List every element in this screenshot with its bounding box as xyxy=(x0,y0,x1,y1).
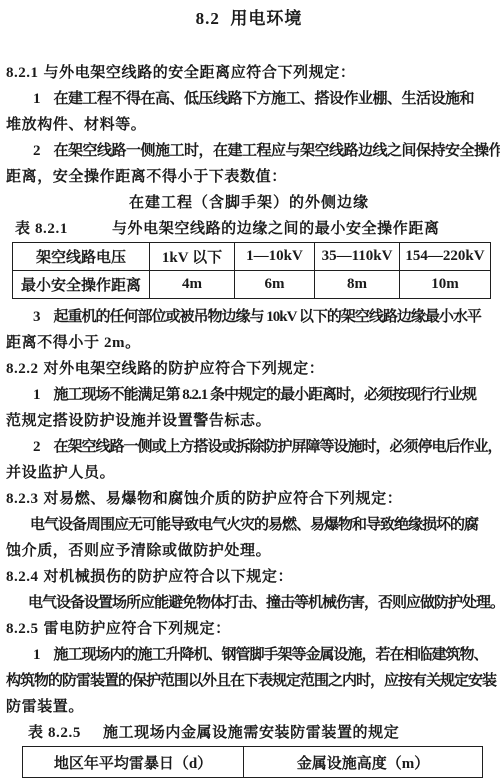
clause-heading-text: 对外电架空线路的防护应符合下列规定： xyxy=(44,361,325,377)
table-8-2-1: 架空线路电压 1kV 以下 1—10kV 35—110kV 154—220kV … xyxy=(12,242,491,299)
table-caption-number: 表 8.2.5 xyxy=(28,725,81,741)
table-row: 架空线路电压 1kV 以下 1—10kV 35—110kV 154—220kV xyxy=(13,243,491,271)
clause-8-2-1-item-1-line-1: 1在建工程不得在高、低压线路下方施工、搭设作业棚、生活设施和 xyxy=(6,86,492,112)
clause-8-2-2-item-2-line-2: 并设监护人员。 xyxy=(6,460,492,486)
clause-8-2-4-body-line-1: 电气设备设置场所应能避免物体打击、撞击等机械伤害，否则应做防护处理。 xyxy=(6,590,492,616)
item-text: 施工现场不能满足第 8.2.1 条中规定的最小距离时，必须按现行行业规 xyxy=(54,387,477,403)
clause-8-2-5-item-1-line-2: 构筑物的防雷装置的保护范围以外且在下表规定范围之内时，应按有关规定安装 xyxy=(6,668,492,694)
clause-8-2-5-heading: 8.2.5雷电防护应符合下列规定： xyxy=(6,616,492,642)
table-821-caption: 表 8.2.1与外电架空线路的边缘之间的最小安全操作距离 xyxy=(6,216,492,242)
document-page: 8.2 用电环境 8.2.1与外电架空线路的安全距离应符合下列规定： 1在建工程… xyxy=(0,0,500,784)
item-text: 起重机的任何部位或被吊物边缘与 10kV 以下的架空线路边缘最小水平 xyxy=(54,309,481,325)
page-title: 8.2 用电环境 xyxy=(6,6,492,32)
clause-8-2-3-body-line-1: 电气设备周围应无可能导致电气火灾的易燃、易爆物和导致绝缘损坏的腐 xyxy=(6,512,492,538)
table-cell: 35—110kV xyxy=(315,243,400,271)
clause-number: 8.2.1 xyxy=(6,65,39,81)
clause-8-2-1-item-2-line-1: 2在架空线路一侧施工时，在建工程应与架空线路边线之间保持安全操作 xyxy=(6,138,492,164)
clause-8-2-4-heading: 8.2.4对机械损伤的防护应符合以下规定： xyxy=(6,564,492,590)
clause-heading-text: 对机械损伤的防护应符合以下规定： xyxy=(44,569,294,585)
clause-8-2-1-item-3-line-2: 距离不得小于 2m。 xyxy=(6,330,492,356)
item-text: 在架空线路一侧施工时，在建工程应与架空线路边线之间保持安全操作 xyxy=(54,143,500,159)
item-text: 施工现场内的施工升降机、钢管脚手架等金属设施，若在相临建筑物、 xyxy=(54,647,488,663)
clause-number: 8.2.5 xyxy=(6,621,39,637)
table-cell: 1kV 以下 xyxy=(150,243,235,271)
table-caption-text: 施工现场内金属设施需安装防雷装置的规定 xyxy=(103,725,399,741)
table-row: 地区年平均雷暴日（d） 金属设施高度（m） xyxy=(23,747,483,778)
clause-8-2-5-item-1-line-3: 防雷装置。 xyxy=(6,694,492,720)
item-number: 2 xyxy=(33,434,41,460)
item-text: 在架空线路一侧或上方搭设或拆除防护屏障等设施时，必须停电后作业， xyxy=(54,439,500,455)
table-8-2-5: 地区年平均雷暴日（d） 金属设施高度（m） xyxy=(22,746,483,778)
table-cell: 154—220kV xyxy=(400,243,491,271)
clause-8-2-2-item-2-line-1: 2在架空线路一侧或上方搭设或拆除防护屏障等设施时，必须停电后作业， xyxy=(6,434,492,460)
item-number: 1 xyxy=(33,382,41,408)
clause-8-2-5-item-1-line-1: 1施工现场内的施工升降机、钢管脚手架等金属设施，若在相临建筑物、 xyxy=(6,642,492,668)
table-cell: 6m xyxy=(235,271,315,299)
table-cell: 地区年平均雷暴日（d） xyxy=(23,747,244,778)
table-caption-text: 与外电架空线路的边缘之间的最小安全操作距离 xyxy=(112,221,440,237)
table-cell: 8m xyxy=(315,271,400,299)
clause-number: 8.2.4 xyxy=(6,569,39,585)
table-825-caption: 表 8.2.5施工现场内金属设施需安装防雷装置的规定 xyxy=(6,720,492,746)
table-cell: 金属设施高度（m） xyxy=(244,747,483,778)
clause-heading-text: 与外电架空线路的安全距离应符合下列规定： xyxy=(44,65,356,81)
clause-heading-text: 雷电防护应符合下列规定： xyxy=(44,621,231,637)
clause-8-2-2-item-1-line-1: 1施工现场不能满足第 8.2.1 条中规定的最小距离时，必须按现行行业规 xyxy=(6,382,492,408)
clause-8-2-1-item-3-line-1: 3起重机的任何部位或被吊物边缘与 10kV 以下的架空线路边缘最小水平 xyxy=(6,304,492,330)
table-821-superheading: 在建工程（含脚手架）的外侧边缘 xyxy=(6,190,492,216)
table-row: 最小安全操作距离 4m 6m 8m 10m xyxy=(13,271,491,299)
table-cell: 4m xyxy=(150,271,235,299)
clause-8-2-3-heading: 8.2.3对易燃、易爆物和腐蚀介质的防护应符合下列规定： xyxy=(6,486,492,512)
clause-8-2-1-item-2-line-2: 距离，安全操作距离不得小于下表数值： xyxy=(6,164,492,190)
table-cell: 1—10kV xyxy=(235,243,315,271)
clause-8-2-3-body-line-2: 蚀介质，否则应予清除或做防护处理。 xyxy=(6,538,492,564)
clause-number: 8.2.3 xyxy=(6,491,39,507)
item-text: 在建工程不得在高、低压线路下方施工、搭设作业棚、生活设施和 xyxy=(54,91,475,107)
table-cell: 10m xyxy=(400,271,491,299)
table-cell: 最小安全操作距离 xyxy=(13,271,150,299)
item-number: 1 xyxy=(33,642,41,668)
clause-8-2-1-heading: 8.2.1与外电架空线路的安全距离应符合下列规定： xyxy=(6,60,492,86)
clause-8-2-1-item-1-line-2: 堆放构件、材料等。 xyxy=(6,112,492,138)
item-number: 1 xyxy=(33,86,41,112)
table-caption-number: 表 8.2.1 xyxy=(15,221,68,237)
clause-heading-text: 对易燃、易爆物和腐蚀介质的防护应符合下列规定： xyxy=(44,491,403,507)
item-number: 2 xyxy=(33,138,41,164)
clause-number: 8.2.2 xyxy=(6,361,39,377)
clause-8-2-2-heading: 8.2.2对外电架空线路的防护应符合下列规定： xyxy=(6,356,492,382)
table-cell: 架空线路电压 xyxy=(13,243,150,271)
item-number: 3 xyxy=(33,304,41,330)
clause-8-2-2-item-1-line-2: 范规定搭设防护设施并设置警告标志。 xyxy=(6,408,492,434)
